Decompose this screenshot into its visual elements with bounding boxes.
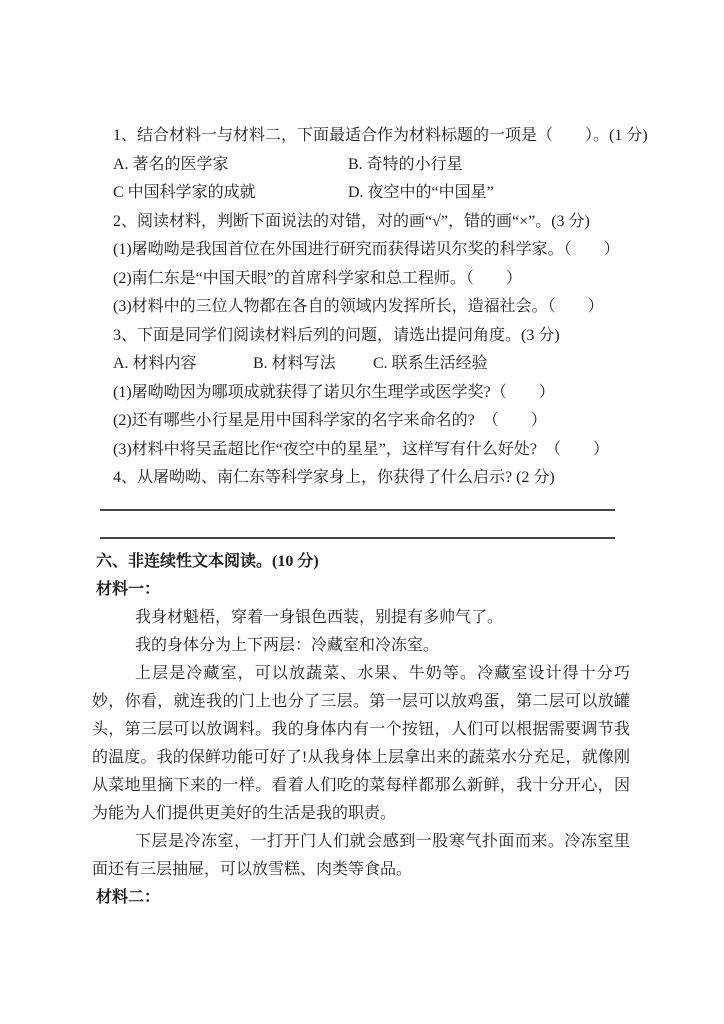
question-3-item-3: (3)材料中将吴孟超比作“夜空中的星星”，这样写有什么好处? （ ） <box>113 436 630 465</box>
question-1-stem: 1、结合材料一与材料二，下面最适合作为材料标题的一项是（ ）。(1 分) <box>113 122 630 151</box>
question-section: 1、结合材料一与材料二，下面最适合作为材料标题的一项是（ ）。(1 分) A. … <box>113 122 630 493</box>
question-4-stem: 4、从屠呦呦、南仁东等科学家身上，你获得了什么启示? (2 分) <box>113 464 630 493</box>
question-3-item-2: (2)还有哪些小行星是用中国科学家的名字来命名的? （ ） <box>113 407 630 436</box>
material-1-passage: 我身材魁梧，穿着一身银色西装，别提有多帅气了。 我的身体分为上下两层：冷藏室和冷… <box>92 604 630 884</box>
question-3-options-row: A. 材料内容 B. 材料写法 C. 联系生活经验 <box>113 350 630 379</box>
question-2-item-3: (3)材料中的三位人物都在各自的领域内发挥所长，造福社会。（ ） <box>113 293 630 322</box>
material-1-paragraph-2: 我的身体分为上下两层：冷藏室和冷冻室。 <box>92 632 630 660</box>
question-3-option-b: B. 材料写法 <box>253 350 373 379</box>
question-1-option-b: B. 奇特的小行星 <box>348 151 463 180</box>
question-1-options-row-cd: C 中国科学家的成就 D. 夜空中的“中国星” <box>113 179 630 208</box>
exam-page: 1、结合材料一与材料二，下面最适合作为材料标题的一项是（ ）。(1 分) A. … <box>0 0 724 1024</box>
question-1-option-c: C 中国科学家的成就 <box>113 179 348 208</box>
answer-line-2 <box>100 537 615 539</box>
question-2-item-1: (1)屠呦呦是我国首位在外国进行研究而获得诺贝尔奖的科学家。（ ） <box>113 236 630 265</box>
question-3-option-a: A. 材料内容 <box>113 350 253 379</box>
material-1-paragraph-1: 我身材魁梧，穿着一身银色西装，别提有多帅气了。 <box>92 604 630 632</box>
question-1-option-a: A. 著名的医学家 <box>113 151 348 180</box>
question-3-stem: 3、下面是同学们阅读材料后列的问题，请选出提问角度。(3 分) <box>113 322 630 351</box>
section-six-heading: 六、非连续性文本阅读。(10 分) <box>96 548 630 576</box>
question-1-option-d: D. 夜空中的“中国星” <box>348 179 494 208</box>
answer-blank-lines <box>100 509 630 539</box>
question-1-options-row-ab: A. 著名的医学家 B. 奇特的小行星 <box>113 151 630 180</box>
question-3-item-1: (1)屠呦呦因为哪项成就获得了诺贝尔生理学或医学奖?（ ） <box>113 379 630 408</box>
question-2-item-2: (2)南仁东是“中国天眼”的首席科学家和总工程师。（ ） <box>113 265 630 294</box>
question-3-option-c: C. 联系生活经验 <box>373 350 488 379</box>
section-six: 六、非连续性文本阅读。(10 分) 材料一： 我身材魁梧，穿着一身银色西装，别提… <box>92 548 630 912</box>
material-1-paragraph-3: 上层是冷藏室，可以放蔬菜、水果、牛奶等。冷藏室设计得十分巧妙，你看，就连我的门上… <box>92 660 630 828</box>
material-2-label: 材料二： <box>96 884 630 912</box>
material-1-paragraph-4: 下层是冷冻室，一打开门人们就会感到一股寒气扑面而来。冷冻室里面还有三层抽屉，可以… <box>92 828 630 884</box>
material-1-label: 材料一： <box>96 576 630 604</box>
question-2-stem: 2、阅读材料，判断下面说法的对错，对的画“√”，错的画“×”。(3 分) <box>113 208 630 237</box>
answer-line-1 <box>100 509 615 511</box>
